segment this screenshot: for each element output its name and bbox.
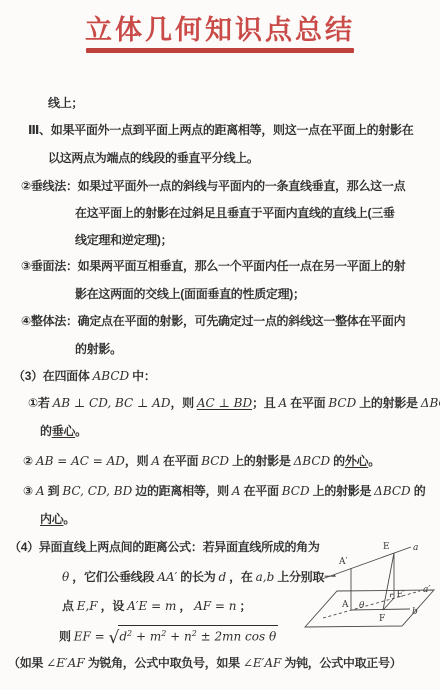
text-segment: （4）异面直线上两点间的距离公式：若异面直线所成的角为 [9, 540, 320, 554]
text-segment: 则 [59, 630, 74, 644]
text-line: ② AB = AC = AD，则 A 在平面 BCD 上的射影是 ΔBCD 的外… [23, 454, 380, 469]
label-point-A: A [341, 600, 349, 610]
label-line-b: b [412, 607, 418, 617]
text-segment: ③ [23, 484, 36, 498]
text-segment: d2 + m2 + n2 ± 2mn cos θ [118, 625, 278, 645]
page: 立体几何知识点总结 线上；Ⅲ、如果平面外一点到平面上两点的距离相等，则这一点在平… [0, 0, 440, 690]
label-point-F: F [379, 614, 385, 624]
text-segment: E,F [77, 599, 98, 613]
text-segment: ； [237, 599, 252, 613]
text-segment: ，则 [170, 396, 196, 410]
text-line: 影在这两面的交线上(面面垂直的性质定理)； [75, 287, 305, 302]
text-segment: ΔBCD [421, 396, 440, 410]
text-segment: 以这两点为端点的线段的垂直平分线上。 [48, 151, 259, 165]
text-segment: A [232, 484, 241, 498]
line-a [322, 547, 411, 579]
text-line: 以这两点为端点的线段的垂直平分线上。 [48, 151, 259, 166]
text-segment: A [36, 484, 45, 498]
text-segment: 外心 [345, 454, 368, 468]
text-segment: 影在这两面的交线上(面面垂直的性质定理)； [75, 287, 305, 301]
text-segment: ④整体法：确定点在平面的射影，可先确定过一点的斜线这一整体在平面内 [21, 314, 405, 328]
text-segment: BC, CD, BD [62, 484, 132, 498]
text-line: ③垂面法：如果两平面互相垂直，那么一个平面内任一点在另一平面上的射 [21, 259, 405, 274]
text-segment: ，它们公垂线段 [69, 570, 157, 584]
text-segment: + m [132, 630, 161, 644]
text-segment: ∠E′AF [46, 656, 85, 670]
text-segment: 为锐角，公式中取负号，如果 [85, 656, 243, 670]
text-segment: 在这平面上的射影在过斜足且垂直于平面内直线的直线上(三垂 [75, 206, 395, 220]
label-line-a-proj: a′ [423, 585, 430, 595]
text-segment: AC ⊥ BD [197, 396, 252, 410]
text-segment: EF = [74, 630, 109, 644]
text-segment: ， [176, 599, 194, 613]
text-segment: 。 [63, 512, 75, 526]
text-line: （4）异面直线上两点间的距离公式：若异面直线所成的角为 [9, 540, 320, 555]
text-segment: ，则 [125, 454, 151, 468]
label-point-A-prime: A′ [338, 557, 348, 567]
text-line: 线定理和逆定理)； [75, 233, 172, 248]
text-line: ②垂线法：如果过平面外一点的斜线与平面内的一条直线垂直，那么这一点 [21, 179, 405, 194]
label-point-E-prime: E′ [397, 590, 406, 600]
text-segment: AB ⊥ CD, BC ⊥ AD [53, 396, 171, 410]
text-segment: ①若 [28, 396, 53, 410]
text-segment: BCD [282, 484, 310, 498]
text-segment: ，设 [98, 599, 127, 613]
text-segment: Ⅲ、如果平面外一点到平面上两点的距离相等，则这一点在平面上的射影在 [28, 123, 413, 137]
segment-E-F [383, 553, 394, 610]
distance-formula-diagram: a A′ E A θ F b E′ a′ [298, 528, 440, 648]
text-segment: ± 2mn cos θ [197, 630, 276, 644]
text-segment: 的 [411, 484, 426, 498]
text-line: 的射影。 [75, 342, 122, 357]
label-line-a: a [413, 543, 418, 553]
text-segment: 的长为 [177, 570, 218, 584]
right-angle-mark [391, 594, 394, 597]
text-segment: + n [166, 630, 191, 644]
text-segment: ΔBCD [374, 484, 411, 498]
text-line: 线上； [48, 96, 83, 111]
label-point-E: E [383, 542, 390, 552]
text-segment: （3）在四面体 [13, 369, 93, 383]
text-segment: 垂心 [52, 424, 75, 438]
text-segment: 在平面 [287, 396, 328, 410]
text-line: 内心。 [40, 512, 75, 527]
text-segment: ③垂面法：如果两平面互相垂直，那么一个平面内任一点在另一平面上的射 [21, 259, 405, 273]
text-line: 点 E,F ，设 A′E = m ， AF = n ； [62, 599, 251, 614]
text-segment: d [119, 630, 127, 644]
text-segment: （如果 [8, 656, 46, 670]
text-segment: ∠E′AF [243, 656, 282, 670]
text-line: θ ，它们公垂线段 AA′ 的长为 d ，在 a,b 上分别取一 [62, 570, 336, 585]
text-segment: 中： [129, 369, 155, 383]
text-line: 则 EF = √d2 + m2 + n2 ± 2mn cos θ [59, 625, 278, 646]
text-segment: 为钝，公式中取正号） [281, 656, 401, 670]
text-segment: AB = AC = AD [36, 454, 125, 468]
text-line: 的垂心。 [40, 424, 87, 439]
text-line: 在这平面上的射影在过斜足且垂直于平面内直线的直线上(三垂 [75, 206, 395, 221]
text-segment: ② [23, 454, 36, 468]
text-segment: BCD [201, 454, 229, 468]
text-segment: 的射影。 [75, 342, 122, 356]
text-segment: 。 [75, 424, 87, 438]
text-line: ③ A 到 BC, CD, BD 边的距离相等，则 A 在平面 BCD 上的射影… [23, 484, 425, 499]
text-segment: 到 [45, 484, 63, 498]
text-line: ①若 AB ⊥ CD, BC ⊥ AD，则 AC ⊥ BD；且 A 在平面 BC… [28, 396, 440, 411]
text-segment: ②垂线法：如果过平面外一点的斜线与平面内的一条直线垂直，那么这一点 [21, 179, 405, 193]
text-segment: ，在 [226, 570, 255, 584]
text-segment: 边的距离相等，则 [132, 484, 232, 498]
text-segment: 点 [62, 599, 77, 613]
line-a-projection [323, 591, 420, 618]
text-segment: 上的射影是 [356, 396, 421, 410]
text-segment: 的 [40, 424, 52, 438]
text-segment: BCD [328, 396, 356, 410]
text-line: ④整体法：确定点在平面的射影，可先确定过一点的斜线这一整体在平面内 [21, 314, 405, 329]
text-segment: 在平面 [241, 484, 282, 498]
text-segment: 线定理和逆定理)； [75, 233, 172, 247]
text-segment: ABCD [93, 369, 130, 383]
text-segment: a,b [256, 570, 275, 584]
text-segment: 上的射影是 [310, 484, 375, 498]
text-segment: A′E = m [127, 599, 176, 613]
text-segment: AF = n [194, 599, 236, 613]
text-segment: ΔBCD [294, 454, 331, 468]
text-segment: A [151, 454, 160, 468]
text-line: Ⅲ、如果平面外一点到平面上两点的距离相等，则这一点在平面上的射影在 [28, 123, 413, 138]
text-segment: A [279, 396, 288, 410]
text-segment: d [218, 570, 226, 584]
label-angle-theta: θ [359, 601, 365, 611]
text-segment: 的 [330, 454, 345, 468]
text-segment: 。 [368, 454, 380, 468]
text-line: （3）在四面体 ABCD 中： [13, 369, 156, 384]
text-line: （如果 ∠E′AF 为锐角，公式中取负号，如果 ∠E′AF 为钝，公式中取正号） [8, 656, 401, 671]
text-segment: 内心 [40, 512, 63, 526]
text-segment: 线上； [48, 96, 83, 110]
text-segment: 上的射影是 [229, 454, 294, 468]
text-segment: 在平面 [160, 454, 201, 468]
text-segment: ；且 [252, 396, 278, 410]
text-segment: AA′ [157, 570, 177, 584]
